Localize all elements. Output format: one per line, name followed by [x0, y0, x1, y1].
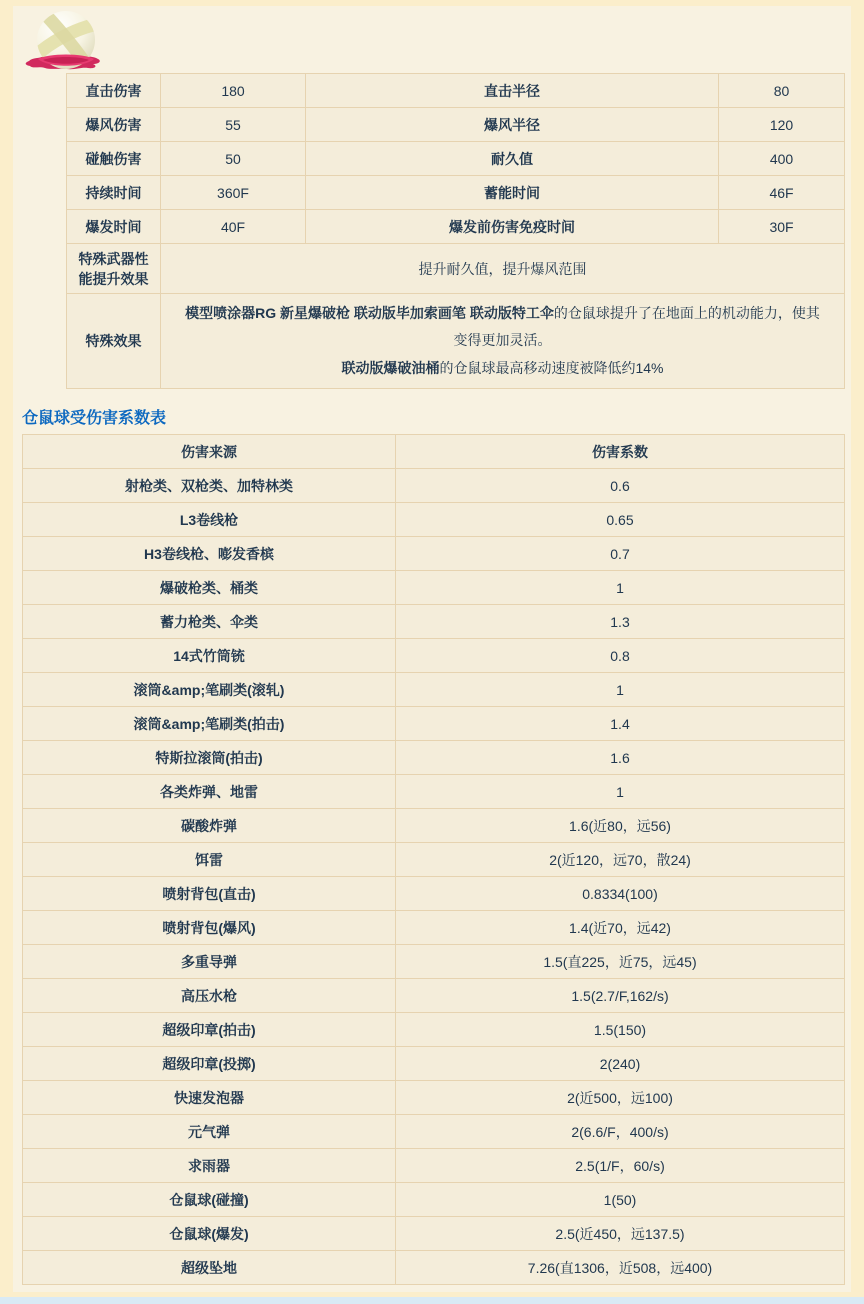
coef-table-body: 射枪类、双枪类、加特林类0.6L3卷线枪0.65H3卷线枪、嘭发香槟0.7爆破枪…: [23, 469, 845, 1285]
damage-coefficient-cell: 2(6.6/F，400/s): [396, 1115, 845, 1149]
coef-table: 伤害来源 伤害系数 射枪类、双枪类、加特林类0.6L3卷线枪0.65H3卷线枪、…: [22, 434, 845, 1285]
damage-source-cell: 蓄力枪类、伞类: [23, 605, 396, 639]
damage-source-cell: L3卷线枪: [23, 503, 396, 537]
coef-table-title: 仓鼠球受伤害系数表: [22, 405, 166, 428]
stat-value: 50: [161, 142, 306, 176]
damage-source-cell: 14式竹筒铳: [23, 639, 396, 673]
coef-row: 爆破枪类、桶类1: [23, 571, 845, 605]
damage-source-cell: 超级印章(投掷): [23, 1047, 396, 1081]
damage-coefficient-cell: 1.4: [396, 707, 845, 741]
stat-value: 180: [161, 74, 306, 108]
coef-row: 超级印章(拍击)1.5(150): [23, 1013, 845, 1047]
damage-source-cell: 饵雷: [23, 843, 396, 877]
damage-source-cell: 碳酸炸弹: [23, 809, 396, 843]
damage-source-cell: 仓鼠球(爆发): [23, 1217, 396, 1251]
coef-row: 各类炸弹、地雷1: [23, 775, 845, 809]
damage-source-cell: 仓鼠球(碰撞): [23, 1183, 396, 1217]
damage-coefficient-cell: 2(近120，远70，散24): [396, 843, 845, 877]
coef-row: 求雨器2.5(1/F，60/s): [23, 1149, 845, 1183]
coef-row: L3卷线枪0.65: [23, 503, 845, 537]
coef-row: 仓鼠球(碰撞)1(50): [23, 1183, 845, 1217]
stat-value: 80: [719, 74, 845, 108]
damage-coefficient-cell: 0.7: [396, 537, 845, 571]
damage-source-cell: 超级坠地: [23, 1251, 396, 1285]
coef-row: 多重导弹1.5(直225，近75，远45): [23, 945, 845, 979]
stat-label: 持续时间: [67, 176, 161, 210]
stat-label: 直击半径: [306, 74, 719, 108]
damage-source-cell: 滚筒&amp;笔刷类(拍击): [23, 707, 396, 741]
stat-label: 爆发前伤害免疫时间: [306, 210, 719, 244]
stat-value: 46F: [719, 176, 845, 210]
stat-label: 爆发时间: [67, 210, 161, 244]
damage-coefficient-cell: 1.5(150): [396, 1013, 845, 1047]
damage-coefficient-cell: 1(50): [396, 1183, 845, 1217]
stat-label: 直击伤害: [67, 74, 161, 108]
stats-row: 碰触伤害50耐久值400: [67, 142, 845, 176]
column-header-damage-coefficient: 伤害系数: [396, 435, 845, 469]
damage-source-cell: 特斯拉滚筒(拍击): [23, 741, 396, 775]
stat-value: 30F: [719, 210, 845, 244]
coef-row: 特斯拉滚筒(拍击)1.6: [23, 741, 845, 775]
coef-header-row: 伤害来源 伤害系数: [23, 435, 845, 469]
bottom-blue-strip: [0, 1297, 864, 1304]
coef-row: 高压水枪1.5(2.7/F,162/s): [23, 979, 845, 1013]
special-effect-row: 特殊效果 模型喷涂器RG 新星爆破枪 联动版毕加索画笔 联动版特工伞的仓鼠球提升…: [67, 294, 845, 389]
damage-coefficient-cell: 2.5(1/F，60/s): [396, 1149, 845, 1183]
hamster-ball-icon: [21, 8, 105, 72]
content-panel: 直击伤害180直击半径80爆风伤害55爆风半径120碰触伤害50耐久值400持续…: [13, 6, 851, 1292]
coef-row: 射枪类、双枪类、加特林类0.6: [23, 469, 845, 503]
damage-source-cell: 喷射背包(直击): [23, 877, 396, 911]
damage-coefficient-cell: 1: [396, 775, 845, 809]
stat-value: 400: [719, 142, 845, 176]
stats-row: 持续时间360F蓄能时间46F: [67, 176, 845, 210]
damage-coefficient-cell: 1: [396, 673, 845, 707]
damage-coefficient-cell: 0.6: [396, 469, 845, 503]
damage-coefficient-cell: 1: [396, 571, 845, 605]
stats-row: 爆风伤害55爆风半径120: [67, 108, 845, 142]
stat-label: 爆风伤害: [67, 108, 161, 142]
special-effect-text2: 的仓鼠球最高移动速度被降低约14%: [439, 360, 663, 376]
damage-source-cell: 高压水枪: [23, 979, 396, 1013]
damage-source-cell: 射枪类、双枪类、加特林类: [23, 469, 396, 503]
damage-coefficient-cell: 2.5(近450，远137.5): [396, 1217, 845, 1251]
damage-source-cell: 爆破枪类、桶类: [23, 571, 396, 605]
stat-label: 蓄能时间: [306, 176, 719, 210]
damage-coefficient-cell: 1.5(2.7/F,162/s): [396, 979, 845, 1013]
damage-source-cell: 元气弹: [23, 1115, 396, 1149]
coef-row: 滚筒&amp;笔刷类(拍击)1.4: [23, 707, 845, 741]
stat-value: 55: [161, 108, 306, 142]
damage-coefficient-cell: 1.3: [396, 605, 845, 639]
damage-coefficient-cell: 2(近500，远100): [396, 1081, 845, 1115]
damage-coefficient-cell: 1.4(近70，远42): [396, 911, 845, 945]
stat-value: 模型喷涂器RG 新星爆破枪 联动版毕加索画笔 联动版特工伞的仓鼠球提升了在地面上…: [161, 294, 845, 389]
stats-table-body: 直击伤害180直击半径80爆风伤害55爆风半径120碰触伤害50耐久值400持续…: [67, 74, 845, 244]
coef-row: 蓄力枪类、伞类1.3: [23, 605, 845, 639]
stats-row: 直击伤害180直击半径80: [67, 74, 845, 108]
coef-row: 饵雷2(近120，远70，散24): [23, 843, 845, 877]
stat-label: 耐久值: [306, 142, 719, 176]
stat-label: 特殊武器性能提升效果: [67, 244, 161, 294]
page: { "colors": { "page_background": "#fbeec…: [0, 0, 864, 1304]
damage-source-cell: 多重导弹: [23, 945, 396, 979]
coef-row: 滚筒&amp;笔刷类(滚轧)1: [23, 673, 845, 707]
special-effect-weapons: 模型喷涂器RG 新星爆破枪 联动版毕加索画笔 联动版特工伞: [185, 305, 554, 321]
damage-source-cell: H3卷线枪、嘭发香槟: [23, 537, 396, 571]
special-effect-weapon2: 联动版爆破油桶: [341, 360, 439, 376]
coef-row: 元气弹2(6.6/F，400/s): [23, 1115, 845, 1149]
coef-row: H3卷线枪、嘭发香槟0.7: [23, 537, 845, 571]
stat-value: 提升耐久值，提升爆风范围: [161, 244, 845, 294]
damage-coefficient-cell: 0.8: [396, 639, 845, 673]
stats-row: 爆发时间40F爆发前伤害免疫时间30F: [67, 210, 845, 244]
damage-coefficient-cell: 1.5(直225，近75，远45): [396, 945, 845, 979]
damage-source-cell: 喷射背包(爆风): [23, 911, 396, 945]
stat-label: 爆风半径: [306, 108, 719, 142]
damage-coefficient-cell: 0.8334(100): [396, 877, 845, 911]
damage-source-cell: 各类炸弹、地雷: [23, 775, 396, 809]
stat-label: 碰触伤害: [67, 142, 161, 176]
damage-coefficient-cell: 1.6: [396, 741, 845, 775]
damage-coefficient-cell: 1.6(近80，远56): [396, 809, 845, 843]
stat-label: 特殊效果: [67, 294, 161, 389]
coef-row: 碳酸炸弹1.6(近80，远56): [23, 809, 845, 843]
coef-row: 喷射背包(爆风)1.4(近70，远42): [23, 911, 845, 945]
damage-source-cell: 超级印章(拍击): [23, 1013, 396, 1047]
coef-row: 仓鼠球(爆发)2.5(近450，远137.5): [23, 1217, 845, 1251]
damage-source-cell: 快速发泡器: [23, 1081, 396, 1115]
stat-value: 120: [719, 108, 845, 142]
coef-row: 快速发泡器2(近500，远100): [23, 1081, 845, 1115]
damage-source-cell: 求雨器: [23, 1149, 396, 1183]
stat-value: 360F: [161, 176, 306, 210]
stats-table: 直击伤害180直击半径80爆风伤害55爆风半径120碰触伤害50耐久值400持续…: [66, 73, 845, 389]
coef-row: 超级印章(投掷)2(240): [23, 1047, 845, 1081]
special-improve-row: 特殊武器性能提升效果 提升耐久值，提升爆风范围: [67, 244, 845, 294]
damage-coefficient-cell: 7.26(直1306，近508，远400): [396, 1251, 845, 1285]
coef-row: 14式竹筒铳0.8: [23, 639, 845, 673]
coef-row: 超级坠地7.26(直1306，近508，远400): [23, 1251, 845, 1285]
column-header-damage-source: 伤害来源: [23, 435, 396, 469]
damage-source-cell: 滚筒&amp;笔刷类(滚轧): [23, 673, 396, 707]
damage-coefficient-cell: 0.65: [396, 503, 845, 537]
stat-value: 40F: [161, 210, 306, 244]
coef-row: 喷射背包(直击)0.8334(100): [23, 877, 845, 911]
damage-coefficient-cell: 2(240): [396, 1047, 845, 1081]
